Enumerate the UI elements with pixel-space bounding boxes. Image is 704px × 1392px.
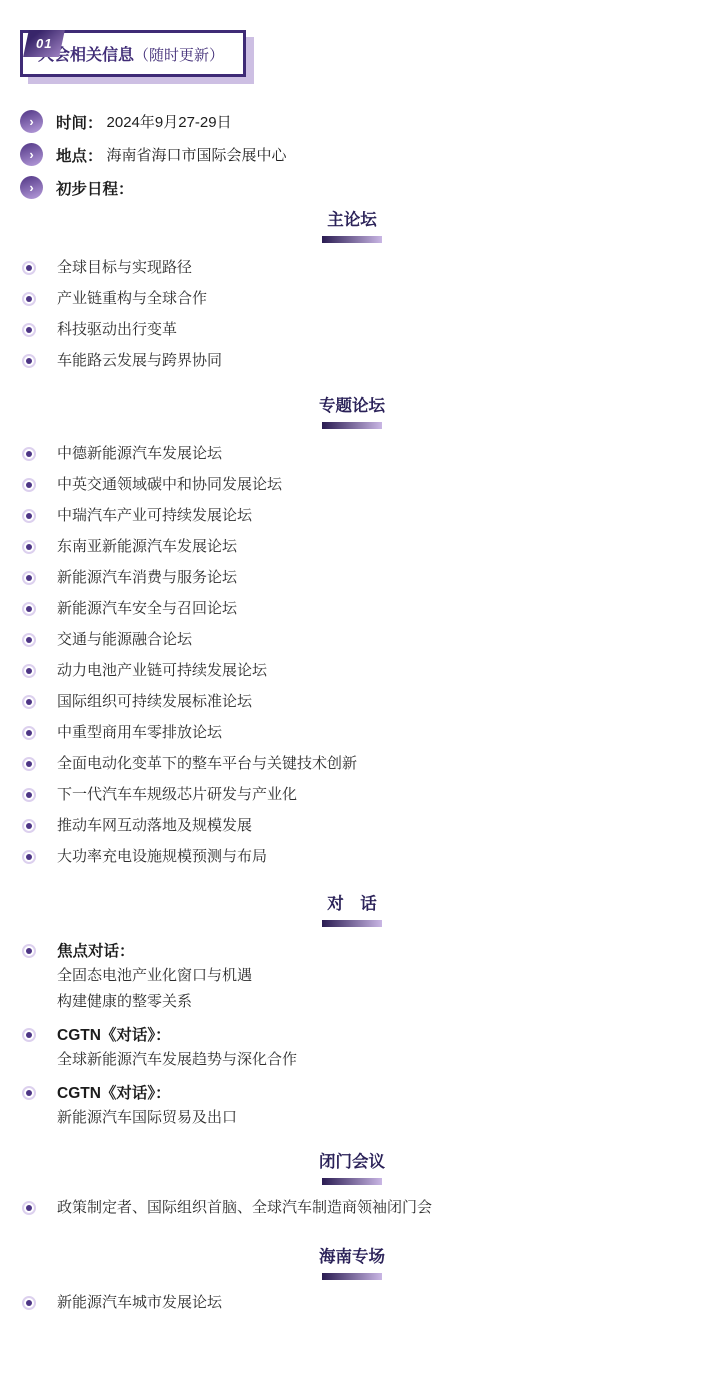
list-item: 交通与能源融合论坛 <box>22 630 704 650</box>
dot-bullet-icon <box>22 509 36 523</box>
list-item: 国际组织可持续发展标准论坛 <box>22 692 704 712</box>
list-item: 动力电池产业链可持续发展论坛 <box>22 661 704 681</box>
dialogue-item: CGTN《对话》： 新能源汽车国际贸易及出口 <box>22 1083 704 1131</box>
chevron-right-icon: › <box>20 176 43 199</box>
page-title-suffix: （随时更新） <box>134 47 224 64</box>
dot-bullet-icon <box>22 540 36 554</box>
info-row-place: › 地点： 海南省海口市国际会展中心 <box>20 143 704 166</box>
dialogue-heading: 焦点对话： <box>57 941 252 963</box>
list-item-text: 中英交通领域碳中和协同发展论坛 <box>57 475 282 495</box>
list-item-text: 东南亚新能源汽车发展论坛 <box>57 537 237 557</box>
list-item: 东南亚新能源汽车发展论坛 <box>22 537 704 557</box>
list-item-text: 国际组织可持续发展标准论坛 <box>57 692 252 712</box>
list-item: 中重型商用车零排放论坛 <box>22 723 704 743</box>
dialogue-line: 全球新能源汽车发展趋势与深化合作 <box>57 1047 297 1073</box>
dot-bullet-icon <box>22 726 36 740</box>
list-item-text: 全球目标与实现路径 <box>57 258 192 278</box>
section-underline <box>322 1273 382 1280</box>
section-header-special-forums: 专题论坛 <box>0 395 704 429</box>
dot-bullet-icon <box>22 944 36 958</box>
dot-bullet-icon <box>22 1028 36 1042</box>
dot-bullet-icon <box>22 447 36 461</box>
section-title: 闭门会议 <box>319 1151 385 1173</box>
list-item: 科技驱动出行变革 <box>22 320 704 340</box>
dot-bullet-icon <box>22 602 36 616</box>
list-item-text: 动力电池产业链可持续发展论坛 <box>57 661 267 681</box>
section-title: 海南专场 <box>319 1246 385 1268</box>
dialogue-item-body: CGTN《对话》： 新能源汽车国际贸易及出口 <box>57 1083 237 1131</box>
dot-bullet-icon <box>22 1296 36 1310</box>
list-item: 新能源汽车城市发展论坛 <box>22 1293 704 1313</box>
list-item: 中德新能源汽车发展论坛 <box>22 444 704 464</box>
list-item-text: 中重型商用车零排放论坛 <box>57 723 222 743</box>
dot-bullet-icon <box>22 664 36 678</box>
dot-bullet-icon <box>22 323 36 337</box>
section-underline <box>322 1178 382 1185</box>
list-item-text: 下一代汽车车规级芯片研发与产业化 <box>57 785 297 805</box>
dialogue-item: CGTN《对话》： 全球新能源汽车发展趋势与深化合作 <box>22 1025 704 1073</box>
section-header-dialogue: 对 话 <box>0 893 704 927</box>
section-header-closed-door: 闭门会议 <box>0 1151 704 1185</box>
section-title: 对 话 <box>327 893 377 915</box>
section-number-badge: 01 <box>23 30 65 57</box>
list-item: 推动车网互动落地及规模发展 <box>22 816 704 836</box>
info-row-time: › 时间： 2024年9月27-29日 <box>20 110 704 133</box>
info-row-agenda: › 初步日程： <box>20 176 704 199</box>
list-item-text: 中瑞汽车产业可持续发展论坛 <box>57 506 252 526</box>
list-item-text: 新能源汽车城市发展论坛 <box>57 1293 222 1313</box>
dot-bullet-icon <box>22 571 36 585</box>
section-underline <box>322 422 382 429</box>
dialogue-item-body: 焦点对话： 全固态电池产业化窗口与机遇 构建健康的整零关系 <box>57 941 252 1015</box>
main-forum-list: 全球目标与实现路径 产业链重构与全球合作 科技驱动出行变革 车能路云发展与跨界协… <box>0 258 704 371</box>
dialogue-line: 全固态电池产业化窗口与机遇 <box>57 963 252 989</box>
info-list: › 时间： 2024年9月27-29日 › 地点： 海南省海口市国际会展中心 ›… <box>0 110 704 199</box>
chevron-right-icon: › <box>20 143 43 166</box>
list-item: 新能源汽车消费与服务论坛 <box>22 568 704 588</box>
section-underline <box>322 920 382 927</box>
dot-bullet-icon <box>22 1086 36 1100</box>
list-item: 中英交通领域碳中和协同发展论坛 <box>22 475 704 495</box>
section-title: 专题论坛 <box>319 395 385 417</box>
dot-bullet-icon <box>22 757 36 771</box>
dialogue-heading: CGTN《对话》： <box>57 1025 297 1047</box>
list-item: 下一代汽车车规级芯片研发与产业化 <box>22 785 704 805</box>
dot-bullet-icon <box>22 850 36 864</box>
header: 01 大会相关信息（随时更新） <box>20 30 246 77</box>
list-item-text: 车能路云发展与跨界协同 <box>57 351 222 371</box>
info-label: 初步日程： <box>56 177 134 199</box>
chevron-right-icon: › <box>20 110 43 133</box>
list-item-text: 全面电动化变革下的整车平台与关键技术创新 <box>57 754 357 774</box>
dialogue-item: 焦点对话： 全固态电池产业化窗口与机遇 构建健康的整零关系 <box>22 941 704 1015</box>
dot-bullet-icon <box>22 292 36 306</box>
conference-info-page: 01 大会相关信息（随时更新） › 时间： 2024年9月27-29日 › 地点… <box>0 0 704 1392</box>
list-item: 大功率充电设施规模预测与布局 <box>22 847 704 867</box>
list-item: 中瑞汽车产业可持续发展论坛 <box>22 506 704 526</box>
section-header-hainan: 海南专场 <box>0 1246 704 1280</box>
list-item: 全面电动化变革下的整车平台与关键技术创新 <box>22 754 704 774</box>
dot-bullet-icon <box>22 478 36 492</box>
section-title: 主论坛 <box>327 209 377 231</box>
dialogue-list: 焦点对话： 全固态电池产业化窗口与机遇 构建健康的整零关系 CGTN《对话》： … <box>0 941 704 1131</box>
list-item-text: 推动车网互动落地及规模发展 <box>57 816 252 836</box>
list-item: 车能路云发展与跨界协同 <box>22 351 704 371</box>
list-item: 全球目标与实现路径 <box>22 258 704 278</box>
list-item-text: 交通与能源融合论坛 <box>57 630 192 650</box>
list-item-text: 大功率充电设施规模预测与布局 <box>57 847 267 867</box>
special-forums-list: 中德新能源汽车发展论坛 中英交通领域碳中和协同发展论坛 中瑞汽车产业可持续发展论… <box>0 444 704 867</box>
list-item: 产业链重构与全球合作 <box>22 289 704 309</box>
info-value: 2024年9月27-29日 <box>107 111 232 132</box>
list-item-text: 科技驱动出行变革 <box>57 320 177 340</box>
dot-bullet-icon <box>22 633 36 647</box>
dot-bullet-icon <box>22 695 36 709</box>
list-item-text: 新能源汽车安全与召回论坛 <box>57 599 237 619</box>
section-header-main-forum: 主论坛 <box>0 209 704 243</box>
closed-door-list: 政策制定者、国际组织首脑、全球汽车制造商领袖闭门会 <box>0 1198 704 1218</box>
list-item-text: 政策制定者、国际组织首脑、全球汽车制造商领袖闭门会 <box>57 1198 432 1218</box>
dialogue-line: 新能源汽车国际贸易及出口 <box>57 1105 237 1131</box>
dialogue-line: 构建健康的整零关系 <box>57 989 252 1015</box>
dot-bullet-icon <box>22 1201 36 1215</box>
dot-bullet-icon <box>22 819 36 833</box>
info-label: 时间： <box>56 111 103 133</box>
list-item: 新能源汽车安全与召回论坛 <box>22 599 704 619</box>
list-item-text: 中德新能源汽车发展论坛 <box>57 444 222 464</box>
dialogue-heading: CGTN《对话》： <box>57 1083 237 1105</box>
info-value: 海南省海口市国际会展中心 <box>107 144 287 165</box>
section-number: 01 <box>36 36 52 51</box>
hainan-list: 新能源汽车城市发展论坛 <box>0 1293 704 1313</box>
dot-bullet-icon <box>22 354 36 368</box>
list-item: 政策制定者、国际组织首脑、全球汽车制造商领袖闭门会 <box>22 1198 704 1218</box>
dot-bullet-icon <box>22 261 36 275</box>
list-item-text: 新能源汽车消费与服务论坛 <box>57 568 237 588</box>
section-underline <box>322 236 382 243</box>
dot-bullet-icon <box>22 788 36 802</box>
list-item-text: 产业链重构与全球合作 <box>57 289 207 309</box>
info-label: 地点： <box>56 144 103 166</box>
dialogue-item-body: CGTN《对话》： 全球新能源汽车发展趋势与深化合作 <box>57 1025 297 1073</box>
